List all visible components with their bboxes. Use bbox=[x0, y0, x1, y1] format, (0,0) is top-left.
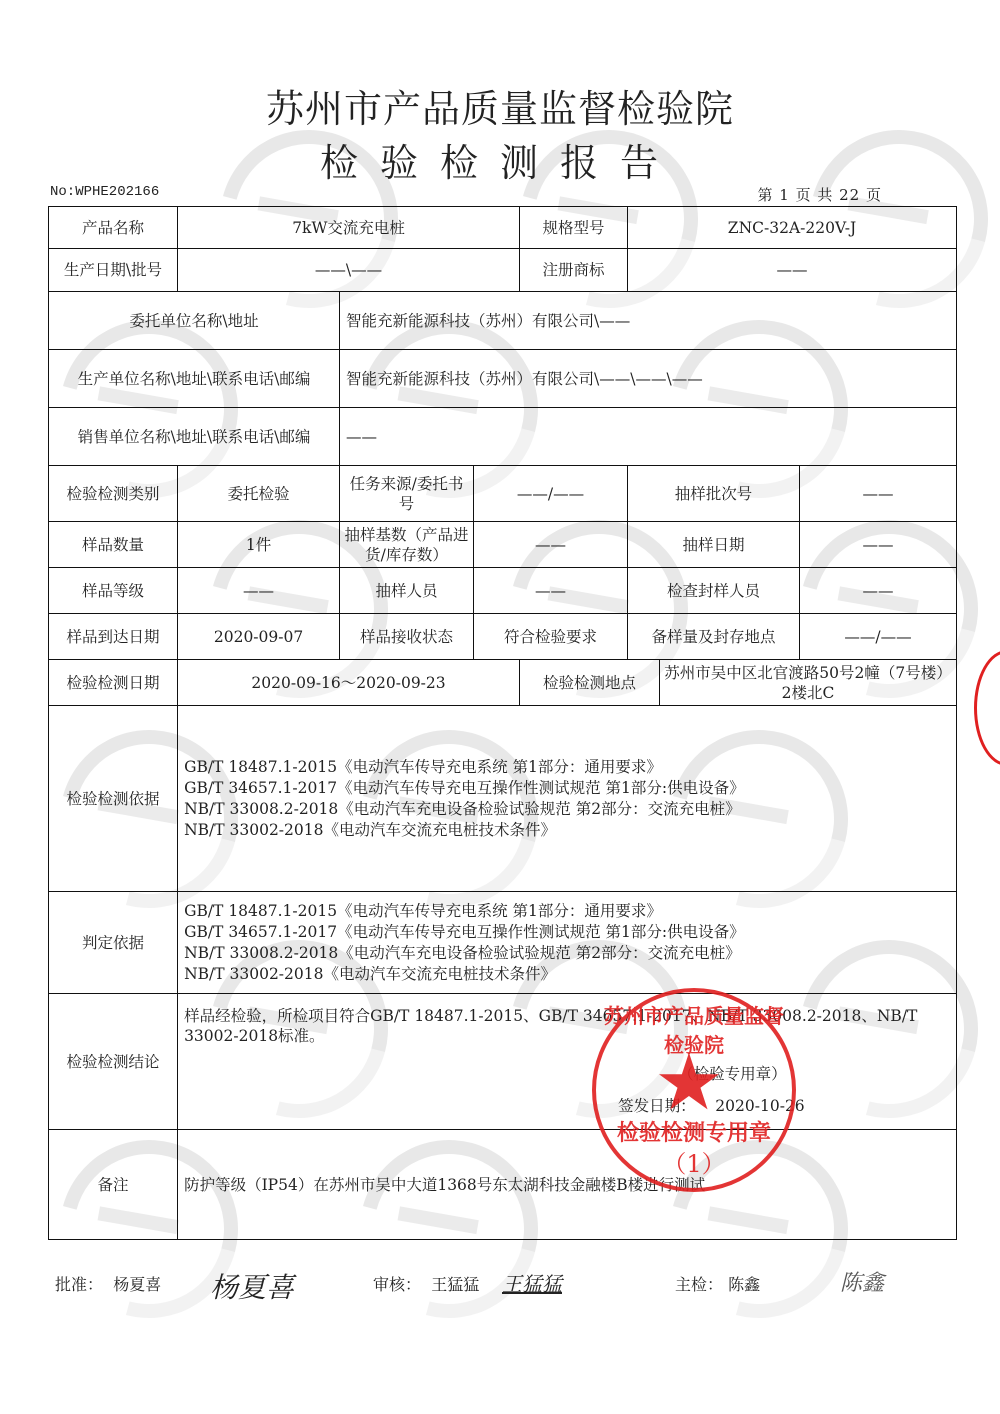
basis-item: NB/T 33008.2-2018《电动汽车充电设备检验试验规范 第2部分：交流… bbox=[184, 799, 952, 820]
report-number: No:WPHE202166 bbox=[50, 184, 159, 200]
reviewer: 审核： 王猛猛 bbox=[373, 1272, 479, 1295]
approver-signature: 杨夏喜 bbox=[210, 1266, 294, 1306]
judgement-item: GB/T 34657.1-2017《电动汽车传导充电互操作性测试规范 第1部分:… bbox=[184, 922, 952, 943]
inspector-signature: 陈鑫 bbox=[840, 1266, 884, 1297]
batch-no-label: 抽样批次号 bbox=[627, 466, 799, 522]
report-table: 产品名称 7kW交流充电桩 规格型号 ZNC-32A-220V-J 生产日期\批… bbox=[48, 206, 957, 1240]
sampler-value: —— bbox=[474, 568, 628, 614]
remarks-label: 备注 bbox=[49, 1130, 178, 1240]
sampling-base-value: —— bbox=[474, 522, 628, 568]
sealer-value: —— bbox=[799, 568, 956, 614]
judgement-item: GB/T 18487.1-2015《电动汽车传导充电系统 第1部分：通用要求》 bbox=[184, 901, 952, 922]
sampling-date-label: 抽样日期 bbox=[627, 522, 799, 568]
report-title: 检验检测报告 bbox=[0, 132, 1000, 187]
trademark-value: —— bbox=[627, 249, 956, 292]
sample-grade-value: —— bbox=[178, 568, 340, 614]
seller-value: —— bbox=[340, 408, 957, 466]
receipt-status-label: 样品接收状态 bbox=[340, 614, 474, 660]
judgement-list: GB/T 18487.1-2015《电动汽车传导充电系统 第1部分：通用要求》 … bbox=[178, 892, 957, 994]
sampler-label: 抽样人员 bbox=[340, 568, 474, 614]
remarks-value: 防护等级（IP54）在苏州市吴中大道1368号东太湖科技金融楼B楼进行测试 bbox=[178, 1130, 957, 1240]
institute-name: 苏州市产品质量监督检验院 bbox=[0, 78, 1000, 133]
test-location-label: 检验检测地点 bbox=[520, 660, 660, 706]
test-location-value: 苏州市吴中区北官渡路50号2幢（7号楼）2楼北C bbox=[659, 660, 956, 706]
judgement-label: 判定依据 bbox=[49, 892, 178, 994]
test-date-value: 2020-09-16～2020-09-23 bbox=[178, 660, 520, 706]
prod-date-value: ——\—— bbox=[178, 249, 520, 292]
conclusion-cell: 样品经检验，所检项目符合GB/T 18487.1-2015、GB/T 34657… bbox=[178, 994, 957, 1130]
conclusion-label: 检验检测结论 bbox=[49, 994, 178, 1130]
seal-bottom-text: 检验检测专用章 bbox=[596, 1116, 792, 1147]
manufacturer-label: 生产单位名称\地址\联系电话\邮编 bbox=[49, 350, 340, 408]
product-name-value: 7kW交流充电桩 bbox=[178, 207, 520, 249]
arrival-date-label: 样品到达日期 bbox=[49, 614, 178, 660]
sample-qty-value: 1件 bbox=[178, 522, 340, 568]
basis-label: 检验检测依据 bbox=[49, 706, 178, 892]
star-icon: ★ bbox=[654, 1044, 724, 1122]
official-seal: 苏州市产品质量监督检验院 ★ 检验检测专用章 （1） bbox=[592, 988, 796, 1192]
basis-list: GB/T 18487.1-2015《电动汽车传导充电系统 第1部分：通用要求》 … bbox=[178, 706, 957, 892]
seller-label: 销售单位名称\地址\联系电话\邮编 bbox=[49, 408, 340, 466]
page-indicator: 第 1 页 共 22 页 bbox=[758, 184, 882, 205]
test-date-label: 检验检测日期 bbox=[49, 660, 178, 706]
judgement-item: NB/T 33008.2-2018《电动汽车充电设备检验试验规范 第2部分：交流… bbox=[184, 943, 952, 964]
sample-grade-label: 样品等级 bbox=[49, 568, 178, 614]
sampling-date-value: —— bbox=[799, 522, 956, 568]
reviewer-signature: 王猛猛 bbox=[502, 1268, 562, 1297]
conclusion-text: 样品经检验，所检项目符合GB/T 18487.1-2015、GB/T 34657… bbox=[184, 1006, 944, 1046]
inspector: 主检： 陈鑫 bbox=[675, 1272, 760, 1295]
judgement-item: NB/T 33002-2018《电动汽车交流充电桩技术条件》 bbox=[184, 964, 952, 985]
basis-item: NB/T 33002-2018《电动汽车交流充电桩技术条件》 bbox=[184, 820, 952, 841]
client-label: 委托单位名称\地址 bbox=[49, 292, 340, 350]
reserve-value: ——/—— bbox=[799, 614, 956, 660]
product-name-label: 产品名称 bbox=[49, 207, 178, 249]
partial-seal bbox=[974, 650, 1000, 766]
model-value: ZNC-32A-220V-J bbox=[627, 207, 956, 249]
test-type-value: 委托检验 bbox=[178, 466, 340, 522]
reserve-label: 备样量及封存地点 bbox=[627, 614, 799, 660]
batch-no-value: —— bbox=[799, 466, 956, 522]
model-label: 规格型号 bbox=[520, 207, 628, 249]
sampling-base-label: 抽样基数（产品进货/库存数） bbox=[340, 522, 474, 568]
manufacturer-value: 智能充新能源科技（苏州）有限公司\——\——\—— bbox=[340, 350, 957, 408]
basis-item: GB/T 34657.1-2017《电动汽车传导充电互操作性测试规范 第1部分:… bbox=[184, 778, 952, 799]
arrival-date-value: 2020-09-07 bbox=[178, 614, 340, 660]
task-source-label: 任务来源/委托书号 bbox=[340, 466, 474, 522]
client-value: 智能充新能源科技（苏州）有限公司\—— bbox=[340, 292, 957, 350]
sample-qty-label: 样品数量 bbox=[49, 522, 178, 568]
test-type-label: 检验检测类别 bbox=[49, 466, 178, 522]
trademark-label: 注册商标 bbox=[520, 249, 628, 292]
task-source-value: ——/—— bbox=[474, 466, 628, 522]
seal-number: （1） bbox=[596, 1144, 792, 1179]
basis-item: GB/T 18487.1-2015《电动汽车传导充电系统 第1部分：通用要求》 bbox=[184, 757, 952, 778]
prod-date-label: 生产日期\批号 bbox=[49, 249, 178, 292]
approver: 批准： 杨夏喜 bbox=[55, 1272, 161, 1295]
sealer-label: 检查封样人员 bbox=[627, 568, 799, 614]
receipt-status-value: 符合检验要求 bbox=[474, 614, 628, 660]
